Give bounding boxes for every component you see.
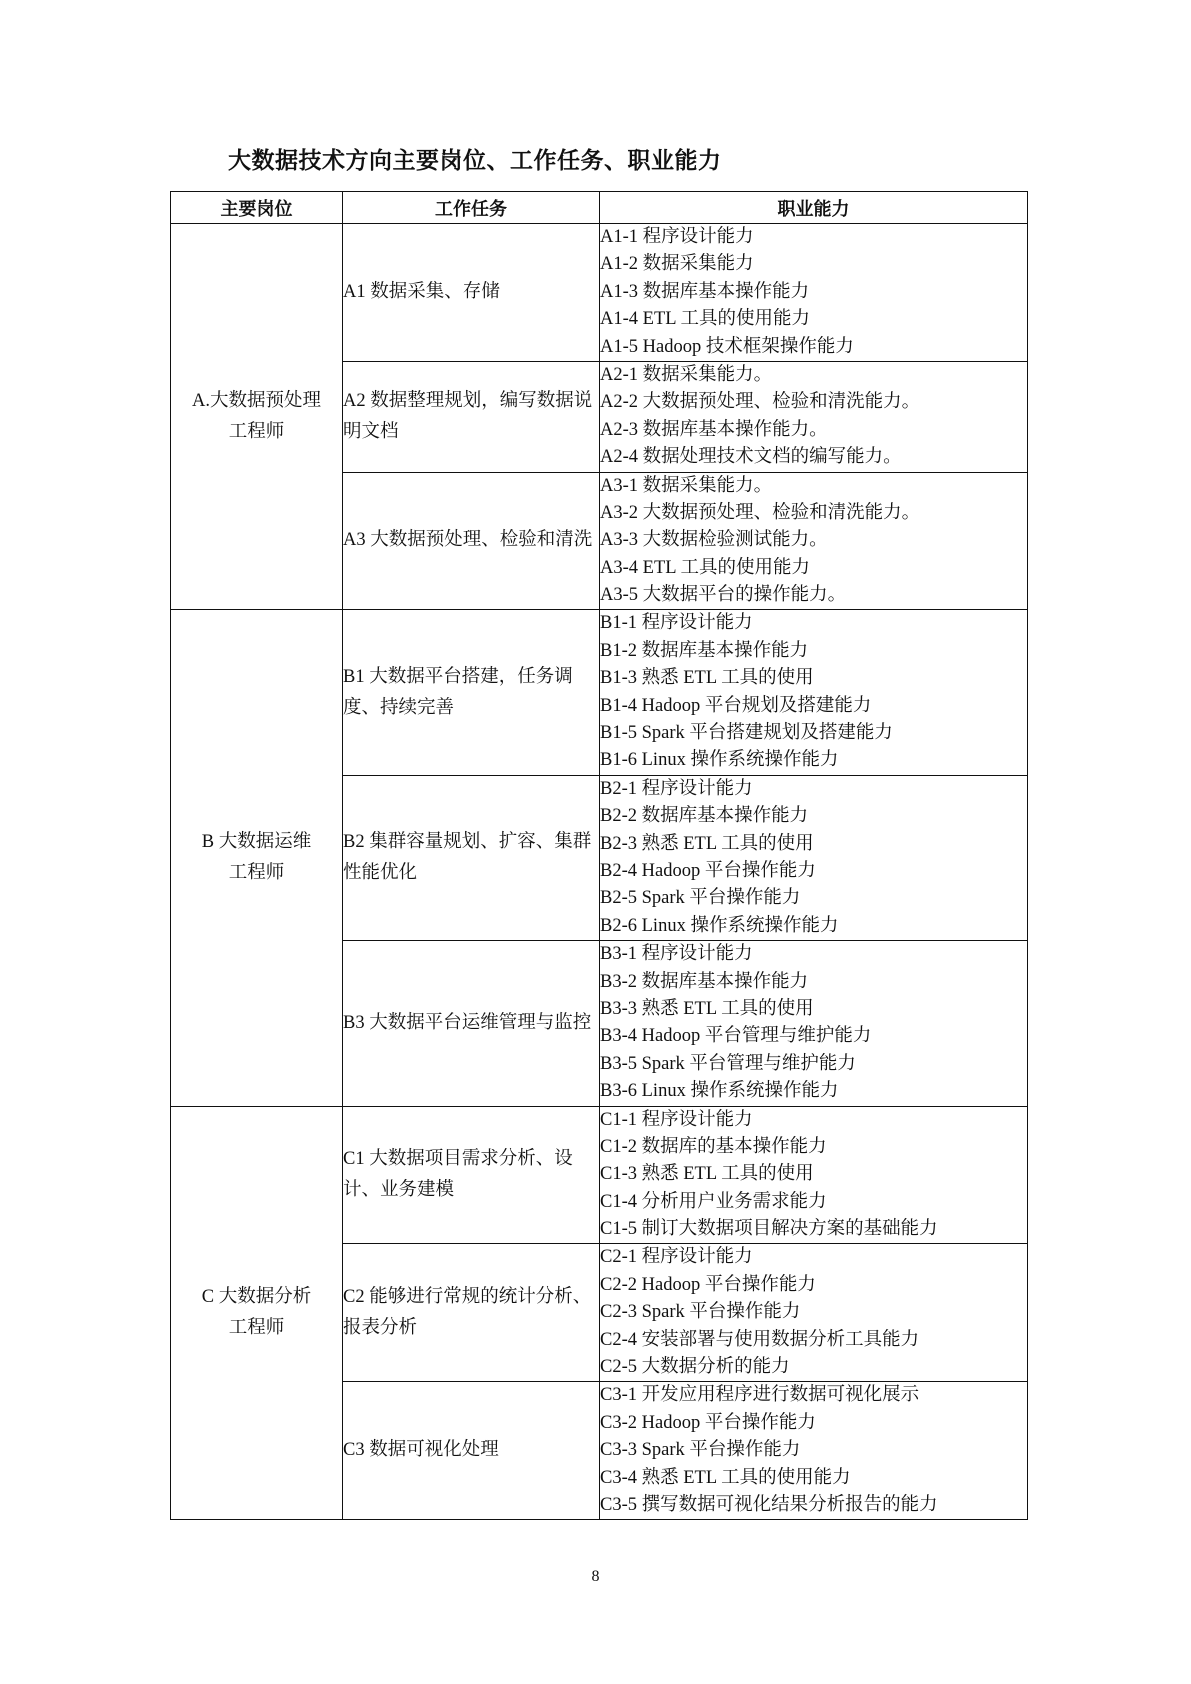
table-body: A.大数据预处理工程师A1 数据采集、存储A1-1 程序设计能力A1-2 数据采… [171, 224, 1028, 1520]
task-cell: B3 大数据平台运维管理与监控 [343, 941, 600, 1106]
ability-cell: B2-1 程序设计能力B2-2 数据库基本操作能力B2-3 熟悉 ETL 工具的… [600, 775, 1028, 940]
post-name-line1: C 大数据分析 [171, 1282, 342, 1313]
ability-item: C1-5 制订大数据项目解决方案的基础能力 [600, 1216, 1027, 1243]
header-task: 工作任务 [343, 192, 600, 224]
ability-item: C1-4 分析用户业务需求能力 [600, 1189, 1027, 1216]
ability-item: B3-3 熟悉 ETL 工具的使用 [600, 996, 1027, 1023]
ability-item: C1-3 熟悉 ETL 工具的使用 [600, 1161, 1027, 1188]
ability-item: B2-1 程序设计能力 [600, 776, 1027, 803]
ability-cell: C2-1 程序设计能力C2-2 Hadoop 平台操作能力C2-3 Spark … [600, 1244, 1028, 1382]
table-header-row: 主要岗位 工作任务 职业能力 [171, 192, 1028, 224]
ability-item: A3-3 大数据检验测试能力。 [600, 527, 1027, 554]
ability-item: B3-4 Hadoop 平台管理与维护能力 [600, 1023, 1027, 1050]
ability-item: B2-5 Spark 平台操作能力 [600, 885, 1027, 912]
post-cell: A.大数据预处理工程师 [171, 224, 343, 610]
ability-item: B1-5 Spark 平台搭建规划及搭建能力 [600, 720, 1027, 747]
ability-item: C3-2 Hadoop 平台操作能力 [600, 1410, 1027, 1437]
task-cell: C3 数据可视化处理 [343, 1382, 600, 1520]
ability-item: B1-4 Hadoop 平台规划及搭建能力 [600, 693, 1027, 720]
ability-item: C3-3 Spark 平台操作能力 [600, 1437, 1027, 1464]
ability-item: A2-3 数据库基本操作能力。 [600, 417, 1027, 444]
page-title: 大数据技术方向主要岗位、工作任务、职业能力 [228, 142, 722, 175]
ability-cell: B3-1 程序设计能力B3-2 数据库基本操作能力B3-3 熟悉 ETL 工具的… [600, 941, 1028, 1106]
table-row: B 大数据运维工程师B1 大数据平台搭建，任务调度、持续完善B1-1 程序设计能… [171, 610, 1028, 775]
task-cell: A3 大数据预处理、检验和清洗 [343, 472, 600, 610]
post-name-line2: 工程师 [171, 858, 342, 889]
post-cell: B 大数据运维工程师 [171, 610, 343, 1106]
ability-item: B3-1 程序设计能力 [600, 941, 1027, 968]
ability-item: C2-4 安装部署与使用数据分析工具能力 [600, 1327, 1027, 1354]
ability-cell: C1-1 程序设计能力C1-2 数据库的基本操作能力C1-3 熟悉 ETL 工具… [600, 1106, 1028, 1244]
ability-cell: A2-1 数据采集能力。A2-2 大数据预处理、检验和清洗能力。A2-3 数据库… [600, 361, 1028, 472]
ability-item: A3-5 大数据平台的操作能力。 [600, 582, 1027, 609]
ability-cell: C3-1 开发应用程序进行数据可视化展示C3-2 Hadoop 平台操作能力C3… [600, 1382, 1028, 1520]
post-name-line2: 工程师 [171, 417, 342, 448]
header-ability: 职业能力 [600, 192, 1028, 224]
task-cell: C1 大数据项目需求分析、设计、业务建模 [343, 1106, 600, 1244]
ability-item: B3-2 数据库基本操作能力 [600, 969, 1027, 996]
ability-item: C2-3 Spark 平台操作能力 [600, 1299, 1027, 1326]
ability-item: A1-4 ETL 工具的使用能力 [600, 306, 1027, 333]
ability-item: B2-6 Linux 操作系统操作能力 [600, 913, 1027, 940]
ability-item: C2-2 Hadoop 平台操作能力 [600, 1272, 1027, 1299]
page-number: 8 [0, 1568, 1191, 1586]
ability-item: C1-2 数据库的基本操作能力 [600, 1134, 1027, 1161]
ability-item: C3-4 熟悉 ETL 工具的使用能力 [600, 1465, 1027, 1492]
ability-cell: B1-1 程序设计能力B1-2 数据库基本操作能力B1-3 熟悉 ETL 工具的… [600, 610, 1028, 775]
ability-cell: A1-1 程序设计能力A1-2 数据采集能力A1-3 数据库基本操作能力A1-4… [600, 224, 1028, 362]
ability-item: B2-3 熟悉 ETL 工具的使用 [600, 831, 1027, 858]
header-post: 主要岗位 [171, 192, 343, 224]
ability-item: B2-4 Hadoop 平台操作能力 [600, 858, 1027, 885]
ability-item: C2-1 程序设计能力 [600, 1244, 1027, 1271]
ability-cell: A3-1 数据采集能力。A3-2 大数据预处理、检验和清洗能力。A3-3 大数据… [600, 472, 1028, 610]
ability-item: A3-4 ETL 工具的使用能力 [600, 555, 1027, 582]
table-row: C 大数据分析工程师C1 大数据项目需求分析、设计、业务建模C1-1 程序设计能… [171, 1106, 1028, 1244]
ability-item: C3-5 撰写数据可视化结果分析报告的能力 [600, 1492, 1027, 1519]
ability-item: B1-1 程序设计能力 [600, 610, 1027, 637]
ability-item: A1-3 数据库基本操作能力 [600, 279, 1027, 306]
ability-item: B3-5 Spark 平台管理与维护能力 [600, 1051, 1027, 1078]
table-row: A.大数据预处理工程师A1 数据采集、存储A1-1 程序设计能力A1-2 数据采… [171, 224, 1028, 362]
post-name-line1: B 大数据运维 [171, 827, 342, 858]
ability-item: C2-5 大数据分析的能力 [600, 1354, 1027, 1381]
post-cell: C 大数据分析工程师 [171, 1106, 343, 1520]
task-cell: A2 数据整理规划，编写数据说明文档 [343, 361, 600, 472]
task-cell: A1 数据采集、存储 [343, 224, 600, 362]
ability-item: B1-6 Linux 操作系统操作能力 [600, 747, 1027, 774]
ability-item: A2-1 数据采集能力。 [600, 362, 1027, 389]
ability-item: A2-2 大数据预处理、检验和清洗能力。 [600, 389, 1027, 416]
ability-item: A1-2 数据采集能力 [600, 251, 1027, 278]
ability-item: A3-2 大数据预处理、检验和清洗能力。 [600, 500, 1027, 527]
ability-item: B2-2 数据库基本操作能力 [600, 803, 1027, 830]
post-name-line2: 工程师 [171, 1313, 342, 1344]
ability-item: B1-3 熟悉 ETL 工具的使用 [600, 665, 1027, 692]
ability-item: A1-5 Hadoop 技术框架操作能力 [600, 334, 1027, 361]
task-cell: B2 集群容量规划、扩容、集群性能优化 [343, 775, 600, 940]
ability-item: B1-2 数据库基本操作能力 [600, 638, 1027, 665]
ability-item: C3-1 开发应用程序进行数据可视化展示 [600, 1382, 1027, 1409]
ability-item: A2-4 数据处理技术文档的编写能力。 [600, 444, 1027, 471]
ability-item: C1-1 程序设计能力 [600, 1107, 1027, 1134]
ability-item: A1-1 程序设计能力 [600, 224, 1027, 251]
task-cell: B1 大数据平台搭建，任务调度、持续完善 [343, 610, 600, 775]
ability-item: A3-1 数据采集能力。 [600, 473, 1027, 500]
task-cell: C2 能够进行常规的统计分析、报表分析 [343, 1244, 600, 1382]
post-name-line1: A.大数据预处理 [171, 386, 342, 417]
positions-table: 主要岗位 工作任务 职业能力 A.大数据预处理工程师A1 数据采集、存储A1-1… [170, 191, 1028, 1520]
ability-item: B3-6 Linux 操作系统操作能力 [600, 1078, 1027, 1105]
